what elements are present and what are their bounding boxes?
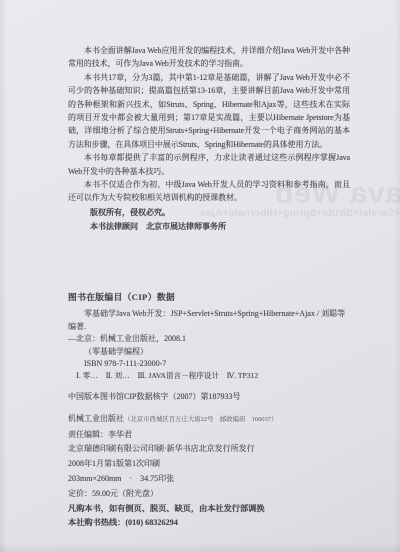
price-line: 定价：59.00元（附光盘） bbox=[68, 487, 350, 502]
publisher-address: （北京市西城区百万庄大街22号 邮政编码 100037） bbox=[124, 416, 277, 423]
publisher-name: 机械工业出版社 bbox=[68, 414, 124, 423]
cip-entry-publisher: —北京：机械工业出版社，2008.1 bbox=[68, 333, 350, 346]
exchange-notice: 凡购本书，如有倒页、脱页、缺页，由本社发行部调换 bbox=[68, 502, 350, 516]
purchase-notes: 凡购本书，如有倒页、脱页、缺页，由本社发行部调换 本社购书热线：(010) 68… bbox=[68, 502, 350, 530]
colophon: 机械工业出版社（北京市西城区百万庄大街22号 邮政编码 100037） 责任编辑… bbox=[68, 412, 350, 501]
format-line: 203mm×260mm · 34.75印张 bbox=[68, 472, 350, 487]
intro-paragraph: 本书每章都提供了丰富的示例程序，力求让读者通过这些示例程序掌握Java Web开… bbox=[68, 151, 350, 178]
copyright-notice: 版权所有，侵权必究。 本书法律顾问 北京市展达律师事务所 bbox=[90, 206, 350, 234]
edition-line: 2008年1月第1版第1次印刷 bbox=[68, 457, 350, 472]
intro-paragraph: 本书不仅适合作为初、中级Java Web开发人员的学习资料和参考指南，而且还可以… bbox=[68, 178, 350, 205]
book-introduction: 本书全面讲解Java Web应用开发的编程技术，并详细介绍Java Web开发中… bbox=[68, 44, 350, 205]
intro-paragraph: 本书共17章，分为3篇，其中第1-12章是基础篇，讲解了Java Web开发中必… bbox=[68, 71, 350, 151]
hotline-line: 本社购书热线：(010) 68326294 bbox=[68, 516, 350, 530]
copyright-line: 版权所有，侵权必究。 bbox=[90, 206, 350, 220]
cip-heading: 图书在版编目（CIP）数据 bbox=[68, 290, 350, 303]
intro-paragraph: 本书全面讲解Java Web应用开发的编程技术，并详细介绍Java Web开发中… bbox=[68, 44, 350, 71]
printer-line: 北京瑞德印刷有限公司印刷·新华书店北京发行所发行 bbox=[68, 442, 350, 457]
publisher-line: 机械工业出版社（北京市西城区百万庄大街22号 邮政编码 100037） bbox=[68, 412, 350, 428]
cip-entry: 零基础学Java Web开发：JSP+Servlet+Struts+Spring… bbox=[68, 308, 350, 371]
cip-record-number: 中国版本图书馆CIP数据核字（2007）第187933号 bbox=[68, 391, 350, 402]
cip-classification: Ⅰ. 零… Ⅱ. 刘… Ⅲ. JAVA语言－程序设计 Ⅳ. TP312 bbox=[76, 370, 350, 381]
scanned-copyright-page: Java Web JSP+Servlet+Struts+Spring+Hiber… bbox=[0, 0, 400, 552]
cip-series: （零基础学编程） bbox=[68, 346, 350, 359]
editor-line: 责任编辑：李华君 bbox=[68, 428, 350, 443]
cip-entry-title: 零基础学Java Web开发：JSP+Servlet+Struts+Spring… bbox=[68, 308, 350, 333]
legal-advisor-line: 本书法律顾问 北京市展达律师事务所 bbox=[90, 220, 350, 234]
